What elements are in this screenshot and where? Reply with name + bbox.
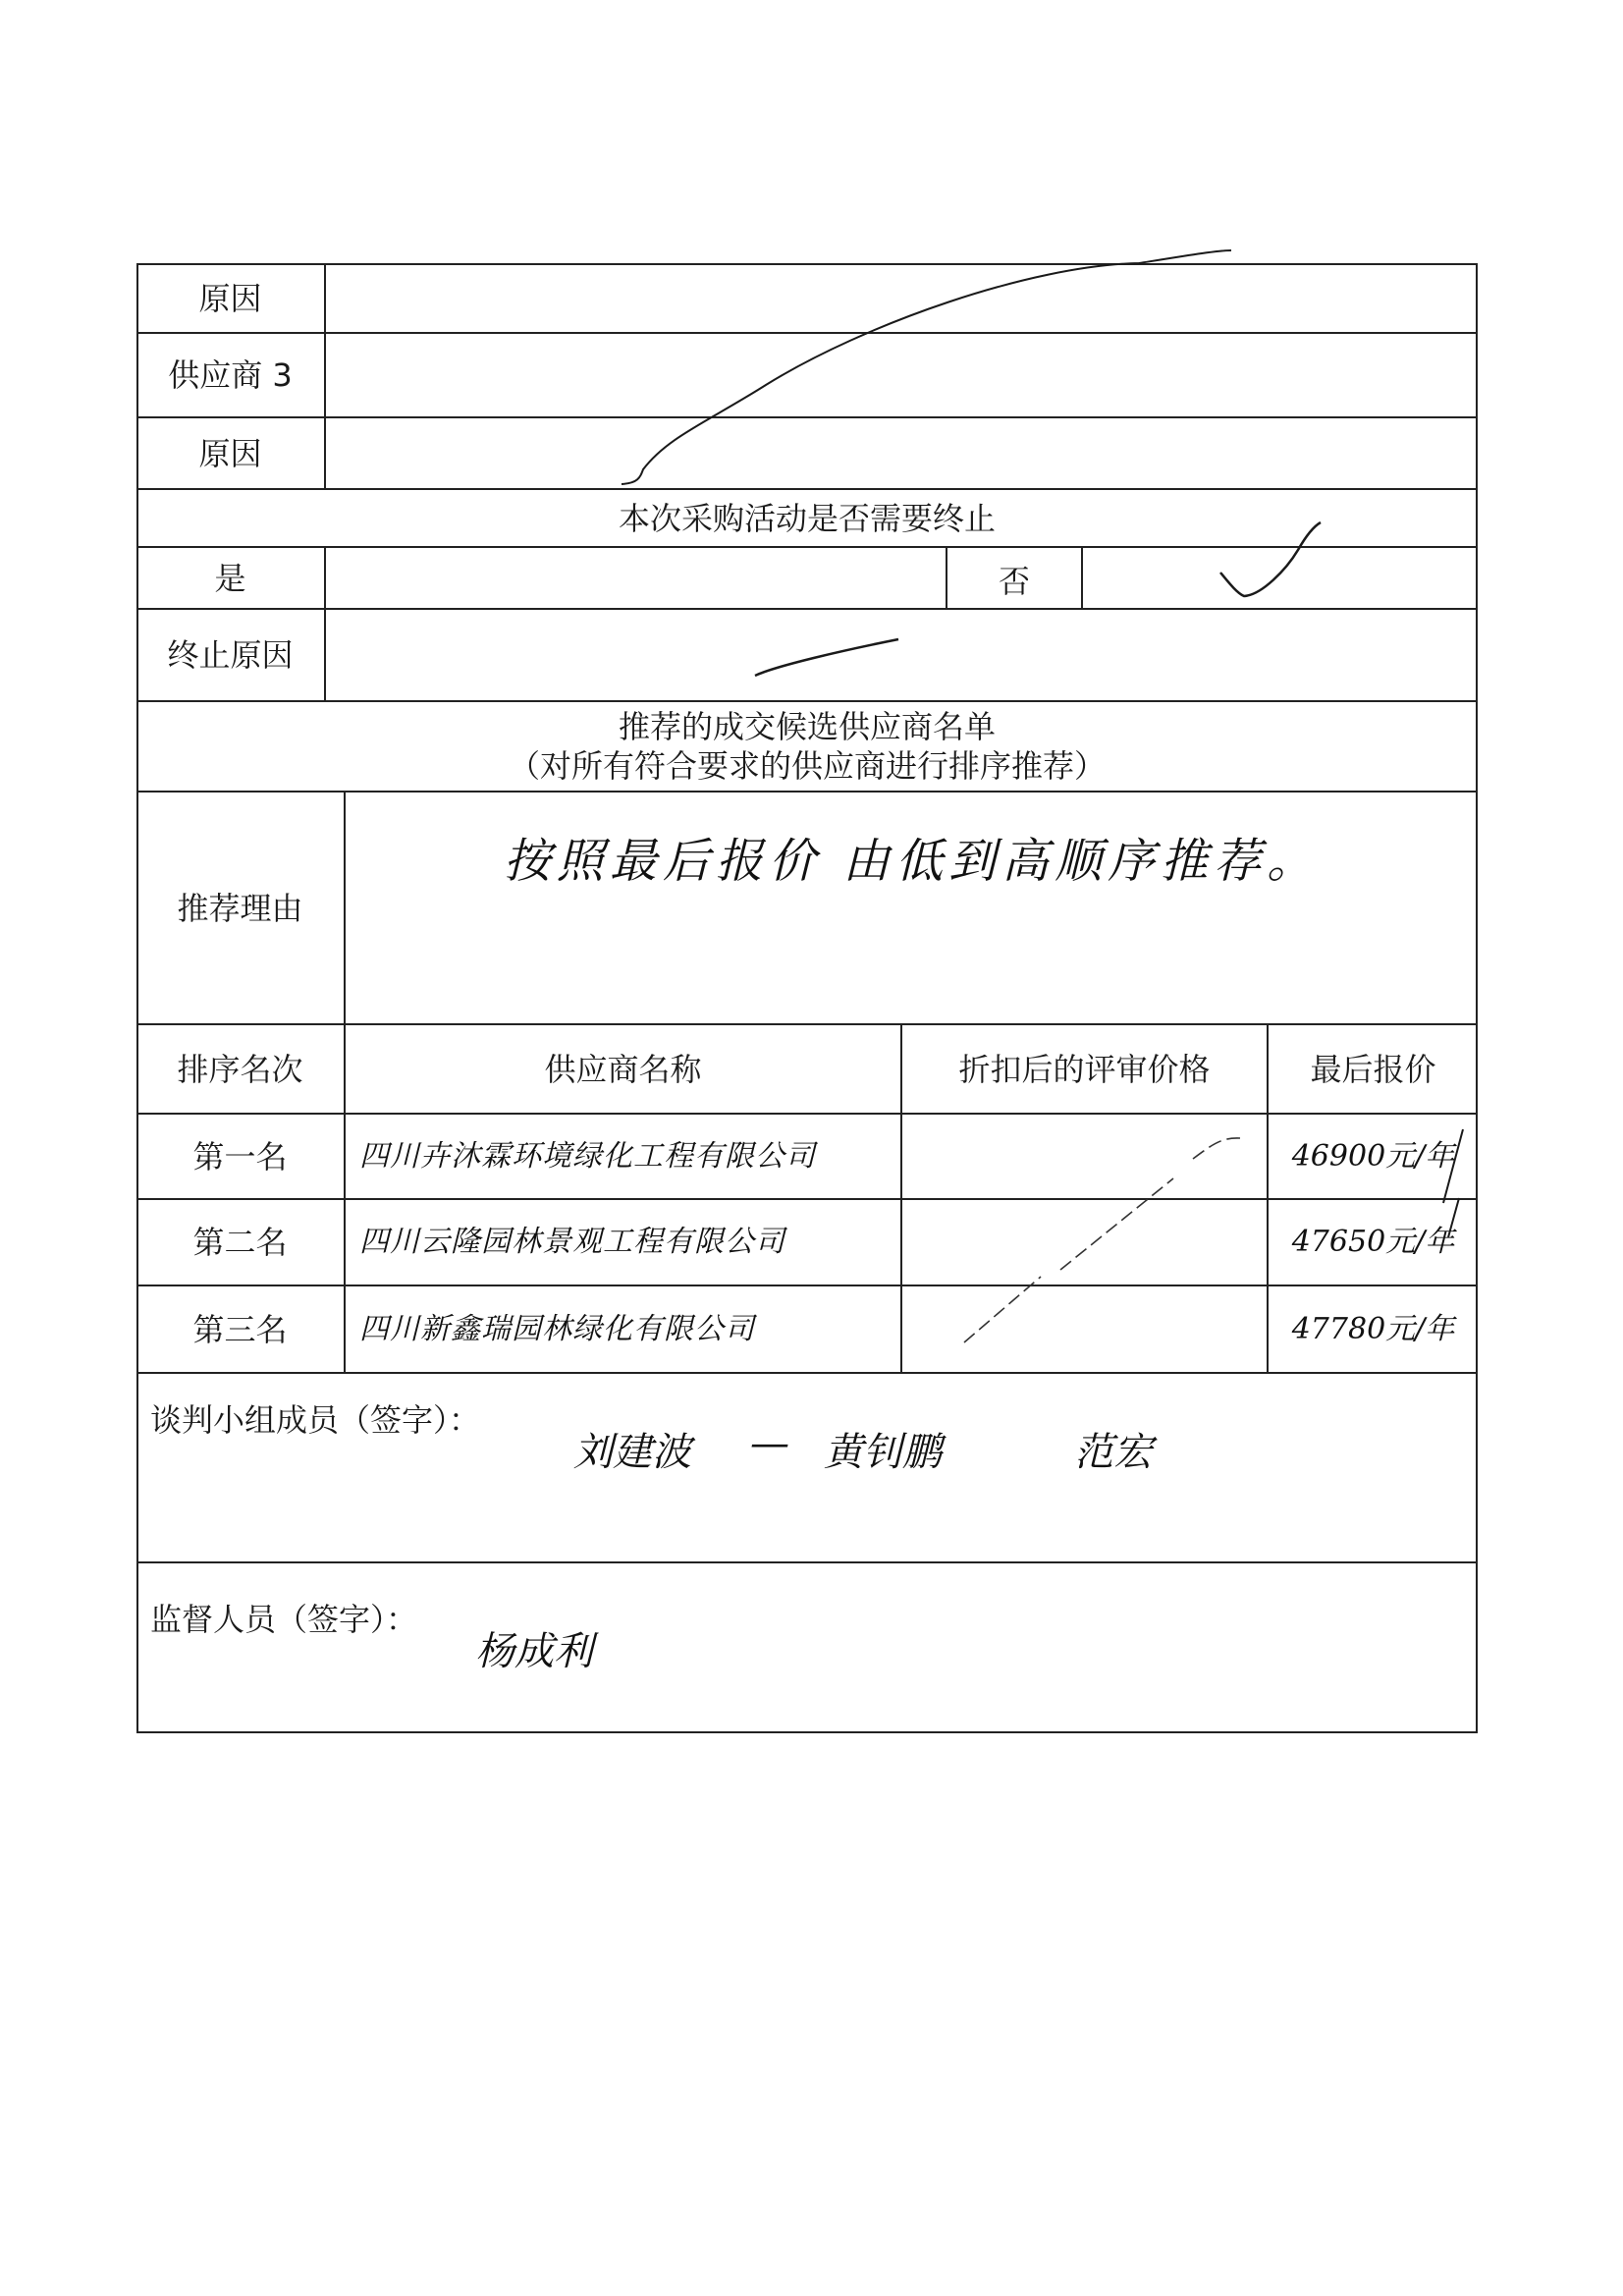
recommend-title-line1: 推荐的成交候选供应商名单 bbox=[619, 707, 996, 746]
panel-signature-separator: — bbox=[750, 1421, 789, 1466]
row-terminate-question: 本次采购活动是否需要终止 bbox=[136, 488, 1478, 546]
supplier-cell: 四川云隆园林景观工程有限公司 bbox=[344, 1200, 900, 1285]
discounted-price-cell bbox=[900, 1286, 1267, 1372]
final-price-cell: 47650元/年 bbox=[1267, 1200, 1478, 1285]
rank-cell: 第二名 bbox=[136, 1200, 344, 1285]
rank-cell: 第三名 bbox=[136, 1286, 344, 1372]
value-no: ✓ bbox=[1081, 548, 1478, 608]
discounted-price-cell bbox=[900, 1115, 1267, 1198]
terminate-question: 本次采购活动是否需要终止 bbox=[136, 490, 1478, 546]
supplier-cell: 四川卉沐霖环境绿化工程有限公司 bbox=[344, 1115, 900, 1198]
supervisor-signature-label: 监督人员（签字）： bbox=[150, 1595, 417, 1640]
label-reason: 原因 bbox=[136, 265, 324, 332]
supervisor-signature: 杨成利 bbox=[475, 1620, 593, 1676]
panel-signature-1: 刘建波 bbox=[573, 1421, 691, 1477]
panel-signature-label: 谈判小组成员（签字）： bbox=[150, 1395, 480, 1441]
value-reason bbox=[324, 418, 1478, 488]
row-recommend-title: 推荐的成交候选供应商名单 （对所有符合要求的供应商进行排序推荐） bbox=[136, 700, 1478, 791]
value-yes bbox=[324, 548, 946, 608]
row-yes-no: 是 否 ✓ bbox=[136, 546, 1478, 608]
label-yes: 是 bbox=[136, 548, 324, 608]
table-row: 第二名 四川云隆园林景观工程有限公司 47650元/年 bbox=[136, 1198, 1478, 1285]
row-reason-2: 原因 bbox=[136, 263, 1478, 332]
header-discounted-price: 折扣后的评审价格 bbox=[900, 1025, 1267, 1113]
header-final-price: 最后报价 bbox=[1267, 1025, 1478, 1113]
supplier-cell: 四川新鑫瑞园林绿化有限公司 bbox=[344, 1286, 900, 1372]
ranking-header-row: 排序名次 供应商名称 折扣后的评审价格 最后报价 bbox=[136, 1023, 1478, 1113]
recommend-title: 推荐的成交候选供应商名单 （对所有符合要求的供应商进行排序推荐） bbox=[136, 702, 1478, 791]
table-row: 第三名 四川新鑫瑞园林绿化有限公司 47780元/年 bbox=[136, 1285, 1478, 1372]
value-reason bbox=[324, 265, 1478, 332]
table-row: 第一名 四川卉沐霖环境绿化工程有限公司 46900元/年 bbox=[136, 1113, 1478, 1198]
row-panel-signatures: 谈判小组成员（签字）： 刘建波 — 黄钊鹏 范宏 bbox=[136, 1372, 1478, 1561]
final-price-cell: 47780元/年 bbox=[1267, 1286, 1478, 1372]
value-supplier-3 bbox=[324, 334, 1478, 416]
final-price-cell: 46900元/年 bbox=[1267, 1115, 1478, 1198]
discounted-price-cell bbox=[900, 1200, 1267, 1285]
row-recommend-reason: 推荐理由 按照最后报价 由低到高顺序推荐。 bbox=[136, 791, 1478, 1023]
header-supplier-name: 供应商名称 bbox=[344, 1025, 900, 1113]
value-terminate-reason bbox=[324, 610, 1478, 700]
row-reason-3: 原因 bbox=[136, 416, 1478, 488]
panel-signature-2: 黄钊鹏 bbox=[824, 1421, 942, 1477]
recommend-reason-handwriting: 按照最后报价 由低到高顺序推荐。 bbox=[504, 832, 1320, 891]
panel-signature-3: 范宏 bbox=[1074, 1421, 1153, 1477]
label-reason: 原因 bbox=[136, 418, 324, 488]
label-recommend-reason: 推荐理由 bbox=[136, 793, 344, 1023]
row-supplier-3: 供应商 3 bbox=[136, 332, 1478, 416]
value-recommend-reason: 按照最后报价 由低到高顺序推荐。 bbox=[344, 793, 1478, 1023]
row-supervisor-signature: 监督人员（签字）： 杨成利 bbox=[136, 1561, 1478, 1733]
recommend-title-line2: （对所有符合要求的供应商进行排序推荐） bbox=[509, 746, 1106, 786]
header-rank: 排序名次 bbox=[136, 1025, 344, 1113]
label-no: 否 bbox=[946, 548, 1081, 608]
document-page: 原因 供应商 3 原因 本次采购活动是否需要终止 是 否 ✓ 终止原 bbox=[0, 0, 1623, 2296]
rank-cell: 第一名 bbox=[136, 1115, 344, 1198]
label-terminate-reason: 终止原因 bbox=[136, 610, 324, 700]
label-supplier-3: 供应商 3 bbox=[136, 334, 324, 416]
row-terminate-reason: 终止原因 bbox=[136, 608, 1478, 700]
